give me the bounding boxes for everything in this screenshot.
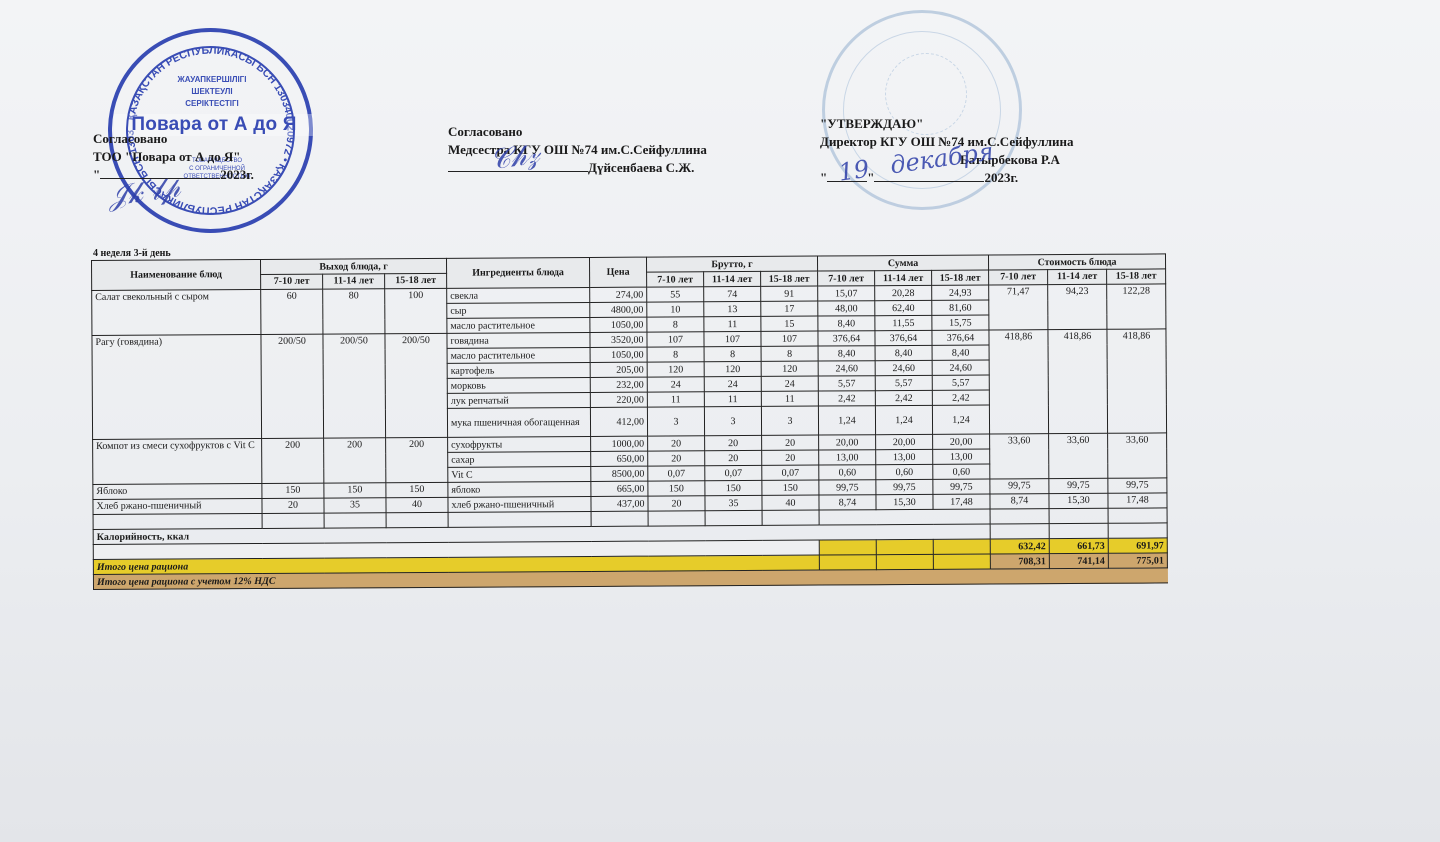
dish-output: 200 xyxy=(262,438,324,483)
dish-cost: 33,60 xyxy=(1108,433,1167,478)
ingredient-brutto: 107 xyxy=(647,332,704,347)
ingredient-sum: 99,75 xyxy=(819,480,876,495)
dish-output: 60 xyxy=(261,289,323,334)
ingredient-sum: 8,40 xyxy=(818,316,875,331)
signature-line xyxy=(448,159,588,172)
dish-output: 35 xyxy=(324,498,386,513)
ingredient-name: яблоко xyxy=(448,481,591,497)
ingredient-name: сухофрукты xyxy=(448,436,591,452)
ingredient-brutto: 20 xyxy=(762,435,819,450)
approval-middle-position: Медсестра КГУ ОШ №74 им.С.Сейфуллина xyxy=(448,141,707,159)
ingredient-sum: 8,40 xyxy=(875,345,932,360)
ingredient-brutto: 11 xyxy=(704,391,761,406)
ingredient-brutto: 24 xyxy=(761,376,818,391)
dish-name: Хлеб ржано-пшеничный xyxy=(93,498,262,514)
approval-middle: Согласовано Медсестра КГУ ОШ №74 им.С.Се… xyxy=(448,123,707,177)
ingredient-sum: 20,28 xyxy=(875,285,932,300)
ingredient-name: сыр xyxy=(447,302,590,318)
ingredient-brutto: 120 xyxy=(704,361,761,376)
approval-left-org: ТОО "Повара от А до Я" xyxy=(93,148,254,166)
ingredient-sum: 8,40 xyxy=(818,346,875,361)
ingredient-sum: 15,07 xyxy=(818,286,875,301)
dish-name: Компот из смеси сухофруктов с Vit C xyxy=(93,438,262,484)
ingredient-sum: 24,60 xyxy=(932,360,989,375)
ingredient-brutto: 20 xyxy=(762,450,819,465)
total-value-11-14: 661,73 xyxy=(1049,538,1108,553)
ingredient-brutto: 0,07 xyxy=(705,465,762,480)
dish-cost: 33,60 xyxy=(1049,433,1108,478)
ingredient-brutto: 120 xyxy=(647,362,704,377)
ingredient-price: 4800,00 xyxy=(590,302,647,317)
ingredient-price: 650,00 xyxy=(591,451,648,466)
ingredient-sum: 1,24 xyxy=(818,406,875,435)
header-dish-name: Наименование блюд xyxy=(92,259,261,290)
dish-output: 200/50 xyxy=(261,334,324,438)
ingredient-brutto: 35 xyxy=(705,495,762,510)
ingredient-brutto: 8 xyxy=(647,317,704,332)
ingredient-brutto: 74 xyxy=(704,286,761,301)
header-dish-cost: Стоимость блюда xyxy=(988,254,1165,270)
week-day-label: 4 неделя 3-й день xyxy=(93,248,171,259)
ingredient-sum: 20,00 xyxy=(933,434,990,449)
ingredient-price: 665,00 xyxy=(591,481,648,496)
ingredient-name: свекла xyxy=(447,287,590,303)
svg-text:ҚАЗАҚСТАН РЕСПУБЛИКАСЫ БСН 130: ҚАЗАҚСТАН РЕСПУБЛИКАСЫ БСН 130340020972 … xyxy=(112,32,296,216)
ingredient-sum: 62,40 xyxy=(875,300,932,315)
ingredient-brutto: 20 xyxy=(648,451,705,466)
header-output: Выход блюда, г xyxy=(260,258,446,274)
ingredient-brutto: 0,07 xyxy=(762,465,819,480)
approval-middle-title: Согласовано xyxy=(448,123,707,141)
dish-output: 150 xyxy=(386,482,448,497)
ingredient-brutto: 20 xyxy=(648,436,705,451)
signature-line xyxy=(874,169,984,182)
vat-value-11-14: 741,14 xyxy=(1049,553,1108,568)
ingredient-brutto: 8 xyxy=(704,346,761,361)
ingredient-brutto: 15 xyxy=(761,316,818,331)
table-body: Салат свекольный с сыром6080100свекла274… xyxy=(92,284,1167,515)
ingredient-sum: 48,00 xyxy=(818,301,875,316)
header-sum: Сумма xyxy=(817,255,988,271)
ingredient-brutto: 107 xyxy=(761,331,818,346)
ingredient-brutto: 120 xyxy=(761,361,818,376)
ingredient-price: 3520,00 xyxy=(590,332,647,347)
dish-cost: 99,75 xyxy=(1108,478,1167,493)
ingredient-name: мука пшеничная обогащенная xyxy=(447,407,590,437)
dish-cost: 418,86 xyxy=(989,330,1049,434)
ingredient-sum: 24,60 xyxy=(818,361,875,376)
approval-right-position: Директор КГУ ОШ №74 им.С.Сейфуллина xyxy=(820,133,1074,151)
approval-middle-name-line: Дүйсенбаева С.Ж. xyxy=(448,159,707,177)
ingredient-price: 205,00 xyxy=(590,362,647,377)
document-sheet: ҚАЗАҚСТАН РЕСПУБЛИКАСЫ БСН 130340020972 … xyxy=(0,0,1440,842)
ingredient-brutto: 0,07 xyxy=(648,466,705,481)
ingredient-brutto: 11 xyxy=(647,392,704,407)
ingredient-sum: 5,57 xyxy=(818,376,875,391)
vat-value-15-18: 775,01 xyxy=(1108,553,1167,568)
ingredient-brutto: 24 xyxy=(647,377,704,392)
header-ingredients: Ингредиенты блюда xyxy=(446,257,589,288)
dish-cost: 122,28 xyxy=(1107,284,1166,329)
ingredient-sum: 2,42 xyxy=(932,390,989,405)
ingredient-sum: 81,60 xyxy=(932,300,989,315)
total-value-15-18: 691,97 xyxy=(1108,538,1167,553)
dish-output: 150 xyxy=(324,483,386,498)
ingredient-sum: 376,64 xyxy=(932,330,989,345)
ingredient-name: картофель xyxy=(447,362,590,378)
dish-cost: 71,47 xyxy=(989,285,1048,330)
ingredient-sum: 99,75 xyxy=(933,479,990,494)
approval-right-date: ""2023г. xyxy=(820,169,1074,187)
ingredient-price: 1050,00 xyxy=(590,347,647,362)
dish-output: 200 xyxy=(324,438,386,483)
ingredient-sum: 5,57 xyxy=(875,375,932,390)
ingredient-brutto: 11 xyxy=(761,391,818,406)
ingredient-brutto: 13 xyxy=(704,301,761,316)
dish-output: 200/50 xyxy=(323,334,386,438)
dish-output: 200/50 xyxy=(385,333,448,437)
ingredient-brutto: 10 xyxy=(647,302,704,317)
approval-right-name: Батырбекова Р.А xyxy=(820,151,1074,169)
ingredient-sum: 15,75 xyxy=(932,315,989,330)
ingredient-price: 1000,00 xyxy=(591,436,648,451)
ingredient-sum: 99,75 xyxy=(876,479,933,494)
ingredient-name: лук репчатый xyxy=(447,392,590,408)
ingredient-price: 412,00 xyxy=(590,407,647,436)
dish-cost: 33,60 xyxy=(990,434,1049,479)
ingredient-name: морковь xyxy=(447,377,590,393)
ingredient-brutto: 40 xyxy=(762,495,819,510)
ingredient-brutto: 20 xyxy=(648,496,705,511)
ingredient-brutto: 55 xyxy=(647,287,704,302)
ingredient-price: 1050,00 xyxy=(590,317,647,332)
ingredient-sum: 13,00 xyxy=(933,449,990,464)
approval-right-title: "УТВЕРЖДАЮ" xyxy=(820,115,1074,133)
approval-left: Согласовано ТОО "Повара от А до Я" "2023… xyxy=(93,130,254,184)
ingredient-price: 274,00 xyxy=(590,287,647,302)
ingredient-sum: 13,00 xyxy=(876,449,933,464)
dish-cost: 17,48 xyxy=(1108,493,1167,508)
ingredient-brutto: 17 xyxy=(761,301,818,316)
ingredient-sum: 1,24 xyxy=(875,405,932,434)
dish-output: 200 xyxy=(386,437,448,482)
dish-cost: 94,23 xyxy=(1048,284,1107,329)
dish-cost: 8,74 xyxy=(990,494,1049,509)
dish-cost: 99,75 xyxy=(990,479,1049,494)
ingredient-brutto: 3 xyxy=(704,406,761,435)
ingredient-sum: 2,42 xyxy=(875,390,932,405)
ingredient-brutto: 3 xyxy=(761,406,818,435)
dish-output: 150 xyxy=(262,483,324,498)
ingredient-sum: 20,00 xyxy=(819,435,876,450)
ingredient-sum: 5,57 xyxy=(932,375,989,390)
ingredient-name: говядина xyxy=(447,332,590,348)
dish-cost: 99,75 xyxy=(1049,478,1108,493)
ingredient-name: хлеб ржано-пшеничный xyxy=(448,496,591,512)
dish-name: Рагу (говядина) xyxy=(92,334,262,439)
ingredient-brutto: 150 xyxy=(648,481,705,496)
ingredient-sum: 11,55 xyxy=(875,315,932,330)
dish-output: 80 xyxy=(323,289,385,334)
ingredient-sum: 2,42 xyxy=(818,391,875,406)
header-price: Цена xyxy=(589,257,646,287)
ingredient-brutto: 20 xyxy=(705,435,762,450)
ingredient-sum: 20,00 xyxy=(876,434,933,449)
ingredient-brutto: 8 xyxy=(761,346,818,361)
ingredient-brutto: 150 xyxy=(762,480,819,495)
ingredient-sum: 13,00 xyxy=(819,450,876,465)
ingredient-sum: 8,74 xyxy=(819,495,876,510)
dish-output: 100 xyxy=(385,288,447,333)
ingredient-price: 8500,00 xyxy=(591,466,648,481)
ingredient-brutto: 107 xyxy=(704,331,761,346)
ingredient-brutto: 11 xyxy=(704,316,761,331)
ingredient-sum: 24,93 xyxy=(932,285,989,300)
ingredient-brutto: 150 xyxy=(705,480,762,495)
ingredient-price: 232,00 xyxy=(590,377,647,392)
ingredient-sum: 24,60 xyxy=(875,360,932,375)
dish-cost: 15,30 xyxy=(1049,493,1108,508)
ingredient-sum: 17,48 xyxy=(933,494,990,509)
dish-output: 20 xyxy=(262,498,324,513)
ingredient-sum: 0,60 xyxy=(819,465,876,480)
vat-value-7-10: 708,31 xyxy=(990,554,1049,569)
ingredient-brutto: 91 xyxy=(761,286,818,301)
ingredient-sum: 376,64 xyxy=(875,330,932,345)
approval-left-date: "2023г. xyxy=(93,166,254,184)
ingredient-sum: 0,60 xyxy=(933,464,990,479)
dish-cost: 418,86 xyxy=(1048,329,1108,433)
ingredient-name: сахар xyxy=(448,451,591,467)
ingredient-brutto: 3 xyxy=(647,407,704,436)
ingredient-sum: 15,30 xyxy=(876,494,933,509)
dish-name: Яблоко xyxy=(93,483,262,499)
dish-cost: 418,86 xyxy=(1107,329,1167,433)
ingredient-brutto: 20 xyxy=(705,450,762,465)
ingredient-brutto: 24 xyxy=(704,376,761,391)
ingredient-name: Vit C xyxy=(448,466,591,482)
ingredient-sum: 1,24 xyxy=(932,405,989,434)
ingredient-price: 220,00 xyxy=(590,392,647,407)
stamp-inner-top: ЖАУАПКЕРШІЛІГІ ШЕКТЕУЛІ СЕРІКТЕСТІГІ xyxy=(162,74,262,110)
menu-cost-table: Наименование блюд Выход блюда, г Ингреди… xyxy=(91,253,1168,590)
ingredient-sum: 0,60 xyxy=(876,464,933,479)
total-value-7-10: 632,42 xyxy=(990,539,1049,554)
approval-left-title: Согласовано xyxy=(93,130,254,148)
signature-line xyxy=(100,166,220,179)
ingredient-sum: 376,64 xyxy=(818,331,875,346)
ingredient-brutto: 8 xyxy=(647,347,704,362)
ingredient-name: масло растительное xyxy=(447,317,590,333)
dish-output: 40 xyxy=(386,497,448,512)
ingredient-sum: 8,40 xyxy=(932,345,989,360)
dish-name: Салат свекольный с сыром xyxy=(92,289,261,335)
approval-right: "УТВЕРЖДАЮ" Директор КГУ ОШ №74 им.С.Сей… xyxy=(820,115,1074,187)
ingredient-price: 437,00 xyxy=(591,496,648,511)
header-brutto: Брутто, г xyxy=(646,256,817,272)
ingredient-name: масло растительное xyxy=(447,347,590,363)
